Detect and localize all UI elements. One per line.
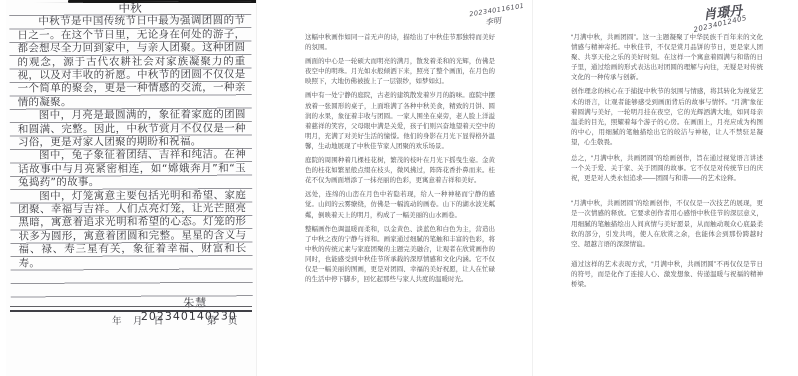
printed-review-page: 202340116101 李明 这幅中秋画作如同一首无声的诗，描绘出了中秋佳节那… [256,0,533,376]
concept-paragraph: “月满中秋，共画团圆”的绘画创作，不仅仅是一次技艺的展现，更是一次情感的释放。它… [571,199,763,249]
form-footer: 年 月 日 第 页 [6,313,256,327]
concept-paragraph: “月满中秋，共画团圆”。这一主题凝聚了中华民族千百年来的文化情感与精神寄托。中秋… [571,33,763,83]
review-paragraph: 庭院的周围种着几棵桂花树，繁茂的枝叶在月光下摇曳生姿。金黄色的桂花如繁星般点缀在… [305,156,495,186]
scanned-documents-sheet: 中秋 中秋节是中国传统节日中最为强调团圆的节日之一。在这个节日里，无论身在何处的… [0,0,798,376]
blank-ruled-lines [11,269,253,297]
footer-double-rule [10,306,252,312]
review-paragraph: 远处，连绵的山峦在月色中若隐若现，给人一种神秘而宁静的感觉。山间的云雾缭绕，仿佛… [305,190,495,220]
handwritten-essay-page: 中秋 中秋节是中国传统节日中最为强调团圆的节日之一。在这个节日里，无论身在何处的… [6,0,256,376]
review-paragraph: 这幅中秋画作如同一首无声的诗，描绘出了中秋佳节那独特而美好的氛围。 [305,33,495,53]
concept-paragraph: 总之，“月满中秋，共画团圆”的绘画创作，旨在通过视觉语言讲述一个关于爱、关于家、… [571,154,763,184]
concept-paragraph: 创作理念的核心在于捕捉中秋节的氛围与情感，将其转化为视觉艺术的语言，让观者能够感… [571,87,763,148]
handwritten-name: 李明 [484,15,501,28]
essay-paragraph: 图中，月亮是最圆满的，象征着家庭的团圆和圆满、完整。因此，中秋节赏月不仅仅是一种… [10,109,252,150]
concept-paragraph: 通过这样的艺术表现方式，“月满中秋，共画团圆”不再仅仅是节日的符号，而是化作了连… [571,260,763,290]
printed-concept-page: 肖璟丹 20234012405 “月满中秋，共画团圆”。这一主题凝聚了中华民族千… [532,0,798,376]
ruled-writing-area: 中秋 中秋节是中国传统节日中最为强调团圆的节日之一。在这个节日里，无论身在何处的… [9,1,253,308]
review-paragraph: 整幅画作色调温暖而柔和，以金黄色、淡蓝色和白色为主，营造出了中秋之夜的宁静与祥和… [305,225,495,286]
footer-date-label: 年 月 日 [112,313,163,327]
review-text-column: 这幅中秋画作如同一首无声的诗，描绘出了中秋佳节那独特而美好的氛围。 画面的中心是… [305,33,495,289]
essay-paragraph: 图中，灯笼寓意主要包括光明和希望、家庭团聚、幸福与吉祥。人们点亮灯笼，让光芒照亮… [10,189,252,271]
concept-text-column: “月满中秋，共画团圆”。这一主题凝聚了中华民族千百年来的文化情感与精神寄托。中秋… [571,33,763,294]
review-paragraph: 画中有一处宁静的庭院，古老的建筑散发着岁月的韵味。庭院中摆放着一张圆形的桌子，上… [305,91,495,152]
essay-paragraph: 中秋节是中国传统节日中最为强调团圆的节日之一。在这个节日里，无论身在何处的游子，… [9,15,251,110]
essay-paragraph: 图中，兔子象征着团结、吉祥和纯洁。在神话故事中与月亮紧密相连，如“嫦娥奔月”和“… [10,149,252,190]
review-paragraph: 画面的中心是一轮硕大而明亮的满月，散发着柔和的光辉，仿佛是夜空中的明珠。月光如水… [305,57,495,87]
footer-page-label: 第 页 [207,313,237,327]
